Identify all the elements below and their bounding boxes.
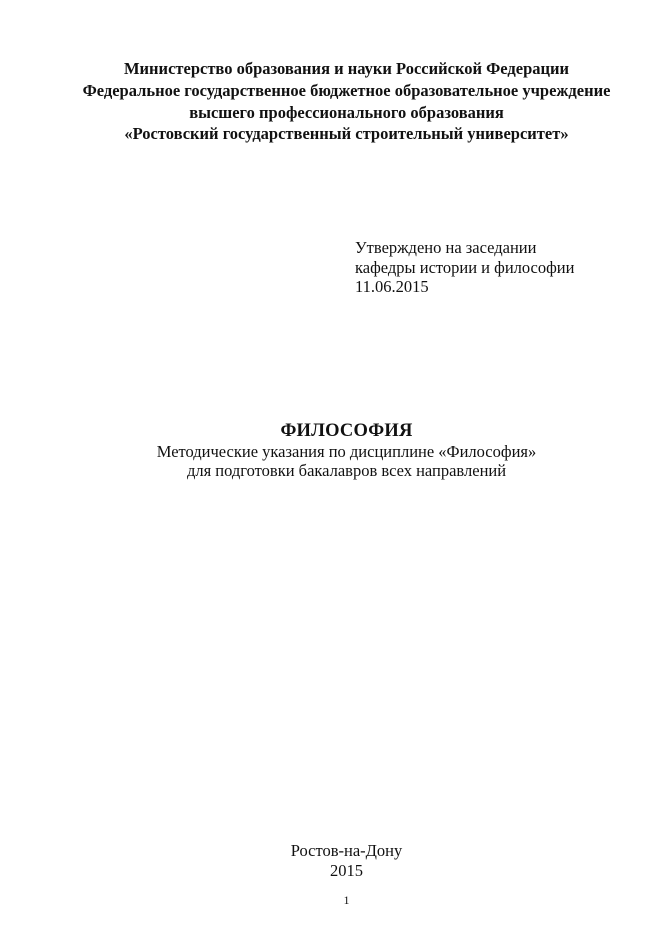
document-title-block: ФИЛОСОФИЯ Методические указания по дисци… bbox=[0, 421, 663, 480]
publication-year: 2015 bbox=[0, 861, 663, 881]
approval-note: Утверждено на заседании кафедры истории … bbox=[355, 238, 574, 297]
document-page: Министерство образования и науки Российс… bbox=[0, 0, 663, 941]
publication-city: Ростов-на-Дону bbox=[0, 841, 663, 861]
approval-line: Утверждено на заседании bbox=[355, 238, 574, 258]
university-name-line: «Ростовский государственный строительный… bbox=[0, 123, 663, 145]
institution-type-line: Федеральное государственное бюджетное об… bbox=[0, 80, 663, 102]
document-subtitle-line-1: Методические указания по дисциплине «Фил… bbox=[0, 442, 663, 461]
publication-info: Ростов-на-Дону 2015 bbox=[0, 841, 663, 880]
education-level-line: высшего профессионального образования bbox=[0, 102, 663, 124]
institution-header: Министерство образования и науки Российс… bbox=[0, 58, 663, 145]
document-subtitle-line-2: для подготовки бакалавров всех направлен… bbox=[0, 461, 663, 480]
ministry-line: Министерство образования и науки Российс… bbox=[0, 58, 663, 80]
department-line: кафедры истории и философии bbox=[355, 258, 574, 278]
page-number: 1 bbox=[0, 893, 663, 907]
approval-date: 11.06.2015 bbox=[355, 277, 574, 297]
document-title: ФИЛОСОФИЯ bbox=[0, 421, 663, 442]
